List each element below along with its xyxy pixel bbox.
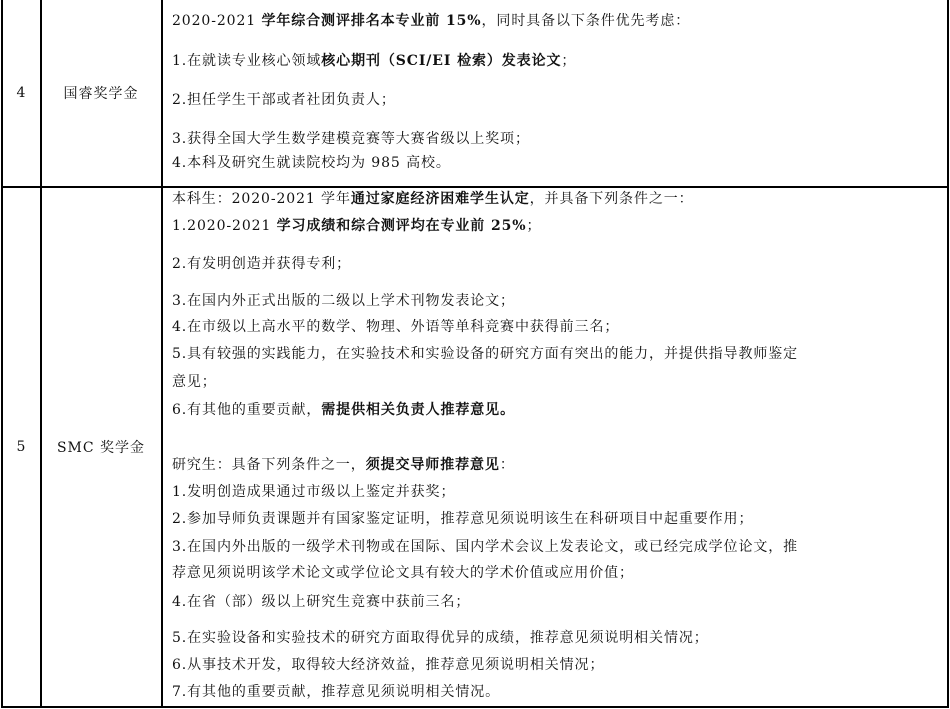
criteria-line: 2.有发明创造并获得专利；	[172, 255, 351, 273]
row-number: 5	[2, 187, 40, 707]
criteria-text: 3.在国内外正式出版的二级以上学术刊物发表论文；	[172, 293, 515, 309]
criteria-line: 本科生：2020-2021 学年通过家庭经济困难学生认定，并具备下列条件之一：	[172, 190, 694, 208]
column-divider-name	[161, 0, 163, 708]
criteria-line: 5.在实验设备和实验技术的研究方面取得优异的成绩，推荐意见须说明相关情况；	[172, 629, 709, 647]
criteria-text: ，并具备下列条件之一：	[530, 191, 694, 207]
criteria-line: 6.有其他的重要贡献，需提供相关负责人推荐意见。	[172, 401, 515, 419]
criteria-text: 6.有其他的重要贡献，	[172, 402, 321, 418]
criteria-text: 1.2020-2021	[172, 218, 277, 234]
criteria-text: 5.在实验设备和实验技术的研究方面取得优异的成绩，推荐意见须说明相关情况；	[172, 630, 709, 646]
criteria-text: 研究生：具备下列条件之一，	[172, 457, 366, 473]
criteria-text: 2.参加导师负责课题并有国家鉴定证明，推荐意见须说明该生在科研项目中起重要作用；	[172, 511, 753, 527]
criteria-line: 5.具有较强的实践能力，在实验技术和实验设备的研究方面有突出的能力，并提供指导教…	[172, 345, 798, 363]
criteria-text: ：	[500, 457, 515, 473]
criteria-line: 4.在市级以上高水平的数学、物理、外语等单科竞赛中获得前三名；	[172, 318, 619, 336]
table-border-right	[947, 0, 949, 708]
criteria-line: 意见；	[172, 373, 217, 391]
scholarship-name: SMC 奖学金	[41, 187, 161, 707]
criteria-text: 5.具有较强的实践能力，在实验技术和实验设备的研究方面有突出的能力，并提供指导教…	[172, 346, 798, 362]
criteria-text: 4.在省（部）级以上研究生竞赛中获前三名；	[172, 594, 470, 610]
criteria-text: 荐意见须说明该学术论文或学位论文具有较大的学术价值或应用价值；	[172, 565, 634, 581]
criteria-line: 3.在国内外出版的一级学术刊物或在国际、国内学术会议上发表论文，或已经完成学位论…	[172, 538, 798, 556]
criteria-line: 1.发明创造成果通过市级以上鉴定并获奖；	[172, 483, 455, 501]
criteria-text: 4.在市级以上高水平的数学、物理、外语等单科竞赛中获得前三名；	[172, 319, 619, 335]
criteria-line: 6.从事技术开发，取得较大经济效益，推荐意见须说明相关情况；	[172, 656, 604, 674]
emphasized-text: 须提交导师推荐意见	[366, 457, 500, 473]
criteria-line: 7.有其他的重要贡献，推荐意见须说明相关情况。	[172, 683, 500, 701]
criteria-text: 3.在国内外出版的一级学术刊物或在国际、国内学术会议上发表论文，或已经完成学位论…	[172, 539, 798, 555]
criteria-text: 本科生：2020-2021 学年	[172, 191, 351, 207]
criteria-text: ；	[526, 218, 541, 234]
criteria-text: 意见；	[172, 374, 217, 390]
emphasized-text: 学习成绩和综合测评均在专业前 25%	[277, 218, 527, 234]
criteria-line: 2.参加导师负责课题并有国家鉴定证明，推荐意见须说明该生在科研项目中起重要作用；	[172, 510, 753, 528]
criteria-line: 3.在国内外正式出版的二级以上学术刊物发表论文；	[172, 292, 515, 310]
scholarship-name: 国睿奖学金	[41, 0, 161, 186]
criteria-line: 1.2020-2021 学习成绩和综合测评均在专业前 25%；	[172, 217, 541, 235]
criteria-text: 6.从事技术开发，取得较大经济效益，推荐意见须说明相关情况；	[172, 657, 604, 673]
scholarship-table: 4 国睿奖学金 2020-2021 学年综合测评排名本专业前 15%，同时具备以…	[0, 0, 950, 709]
criteria-cell: 本科生：2020-2021 学年通过家庭经济困难学生认定，并具备下列条件之一：1…	[172, 0, 942, 709]
criteria-text: 2.有发明创造并获得专利；	[172, 256, 351, 272]
criteria-text: 1.发明创造成果通过市级以上鉴定并获奖；	[172, 484, 455, 500]
emphasized-text: 通过家庭经济困难学生认定	[351, 191, 530, 207]
criteria-line: 4.在省（部）级以上研究生竞赛中获前三名；	[172, 593, 470, 611]
criteria-line: 研究生：具备下列条件之一，须提交导师推荐意见：	[172, 456, 515, 474]
emphasized-text: 需提供相关负责人推荐意见。	[321, 402, 515, 418]
row-number: 4	[2, 0, 40, 186]
criteria-text: 7.有其他的重要贡献，推荐意见须说明相关情况。	[172, 684, 500, 700]
criteria-line: 荐意见须说明该学术论文或学位论文具有较大的学术价值或应用价值；	[172, 564, 634, 582]
